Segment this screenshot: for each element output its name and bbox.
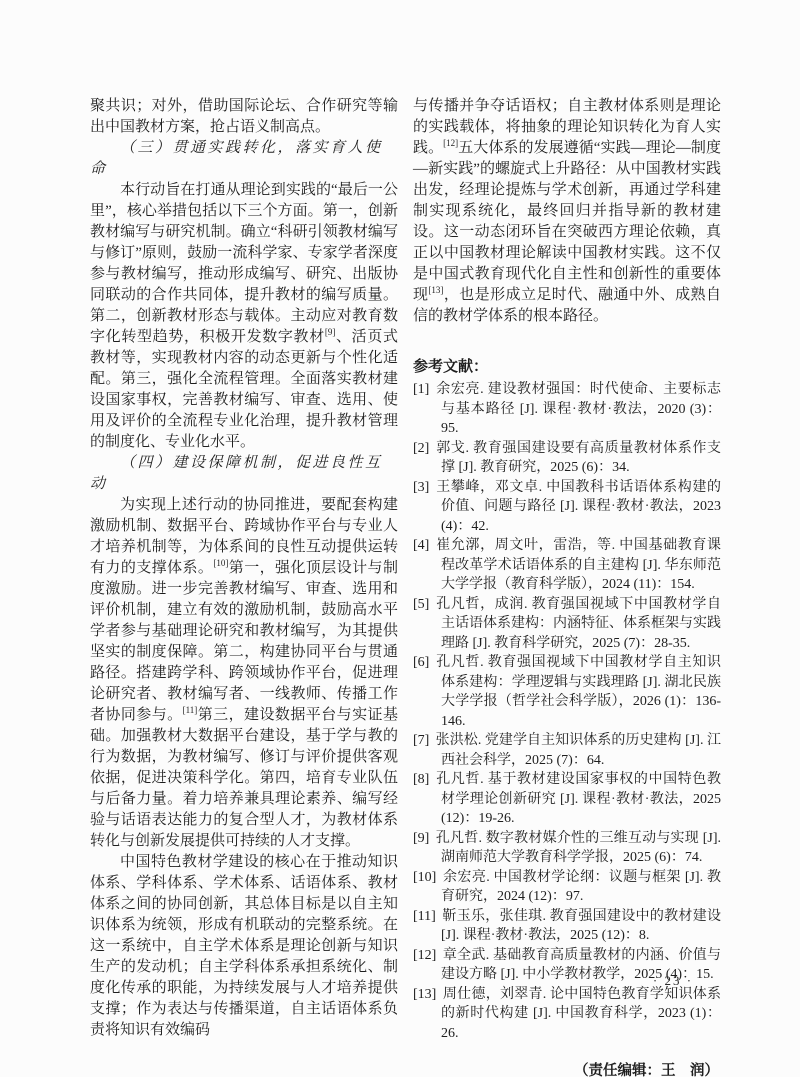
reference-item: [1]余宏亮. 建设教材强国：时代使命、主要标志与基本路径 [J]. 课程·教材… [413, 380, 721, 439]
reference-label: [6] [413, 655, 429, 670]
section-heading-3: （三）贯通实践转化，落实育人使命 [90, 138, 398, 180]
paragraph-action-4: 为实现上述行动的协同推进，要配套构建激励机制、数据平台、跨域协作平台与专业人才培… [90, 495, 398, 852]
editor-note: （责任编辑：王 润） [413, 1061, 719, 1077]
carryover-paragraph: 聚共识；对外，借助国际论坛、合作研究等输出中国教材方案，抢占语义制高点。 [90, 96, 398, 138]
page-number: · 23 · [628, 973, 718, 989]
reference-item: [10]余宏亮. 中国教材学论纲：议题与框架 [J]. 教育研究，2024 (1… [413, 868, 721, 907]
journal-page: 聚共识；对外，借助国际论坛、合作研究等输出中国教材方案，抢占语义制高点。 （三）… [0, 0, 800, 1077]
citation-superscript: [12] [443, 138, 458, 148]
carryover-paragraph: 与传播并争夺话语权；自主教材体系则是理论的实践载体，将抽象的理论知识转化为育人实… [413, 96, 721, 327]
reference-label: [5] [413, 597, 429, 612]
reference-item: [6]孔凡哲. 教育强国视域下中国教材学自主知识体系建构：学理逻辑与实践理路 [… [413, 653, 721, 731]
reference-label: [1] [413, 382, 429, 397]
reference-item: [8]孔凡哲. 基于教材建设国家事权的中国特色教材学理论创新研究 [J]. 课程… [413, 770, 721, 829]
reference-label: [12] [413, 948, 436, 963]
reference-label: [4] [413, 538, 429, 553]
reference-item: [2]郭戈. 教育强国建设要有高质量教材体系作支撑 [J]. 教育研究，2025… [413, 439, 721, 478]
reference-item: [13]周仕德，刘翠青. 论中国特色教育学知识体系的新时代构建 [J]. 中国教… [413, 985, 721, 1044]
reference-label: [10] [413, 870, 436, 885]
paragraph-action-3: 本行动旨在打通从理论到实践的“最后一公里”，核心举措包括以下三个方面。第一，创新… [90, 180, 398, 453]
reference-label: [13] [413, 987, 436, 1002]
reference-label: [8] [413, 772, 429, 787]
reference-label: [9] [413, 831, 429, 846]
reference-label: [3] [413, 480, 429, 495]
references-list: [1]余宏亮. 建设教材强国：时代使命、主要标志与基本路径 [J]. 课程·教材… [413, 380, 721, 1043]
reference-label: [7] [413, 733, 429, 748]
citation-superscript: [10] [213, 558, 228, 568]
reference-label: [2] [413, 441, 429, 456]
reference-item: [7]张洪松. 党建学自主知识体系的历史建构 [J]. 江西社会科学，2025 … [413, 731, 721, 770]
reference-item: [3]王攀峰，邓文卓. 中国教科书话语体系构建的价值、问题与路径 [J]. 课程… [413, 478, 721, 537]
left-column: 聚共识；对外，借助国际论坛、合作研究等输出中国教材方案，抢占语义制高点。 （三）… [90, 96, 398, 1041]
reference-item: [5]孔凡哲，成润. 教育强国视域下中国教材学自主话语体系建构：内涵特征、体系框… [413, 595, 721, 654]
reference-label: [11] [413, 909, 436, 924]
reference-item: [11]靳玉乐，张佳琪. 教育强国建设中的教材建设 [J]. 课程·教材·教法，… [413, 907, 721, 946]
reference-item: [4]崔允漷，周文叶，雷浩，等. 中国基础教育课程改革学术话语体系的自主建构 [… [413, 536, 721, 595]
section-heading-4: （四）建设保障机制，促进良性互动 [90, 453, 398, 495]
citation-superscript: [13] [428, 285, 443, 295]
paragraph-summary: 中国特色教材学建设的核心在于推动知识体系、学科体系、学术体系、话语体系、教材体系… [90, 852, 398, 1041]
reference-item: [9]孔凡哲. 数字教材媒介性的三维互动与实现 [J]. 湖南师范大学教育科学学… [413, 829, 721, 868]
citation-superscript: [11] [183, 705, 198, 715]
citation-superscript: [9] [325, 327, 336, 337]
right-column: 与传播并争夺话语权；自主教材体系则是理论的实践载体，将抽象的理论知识转化为育人实… [413, 96, 721, 1077]
references-heading: 参考文献： [413, 357, 721, 378]
